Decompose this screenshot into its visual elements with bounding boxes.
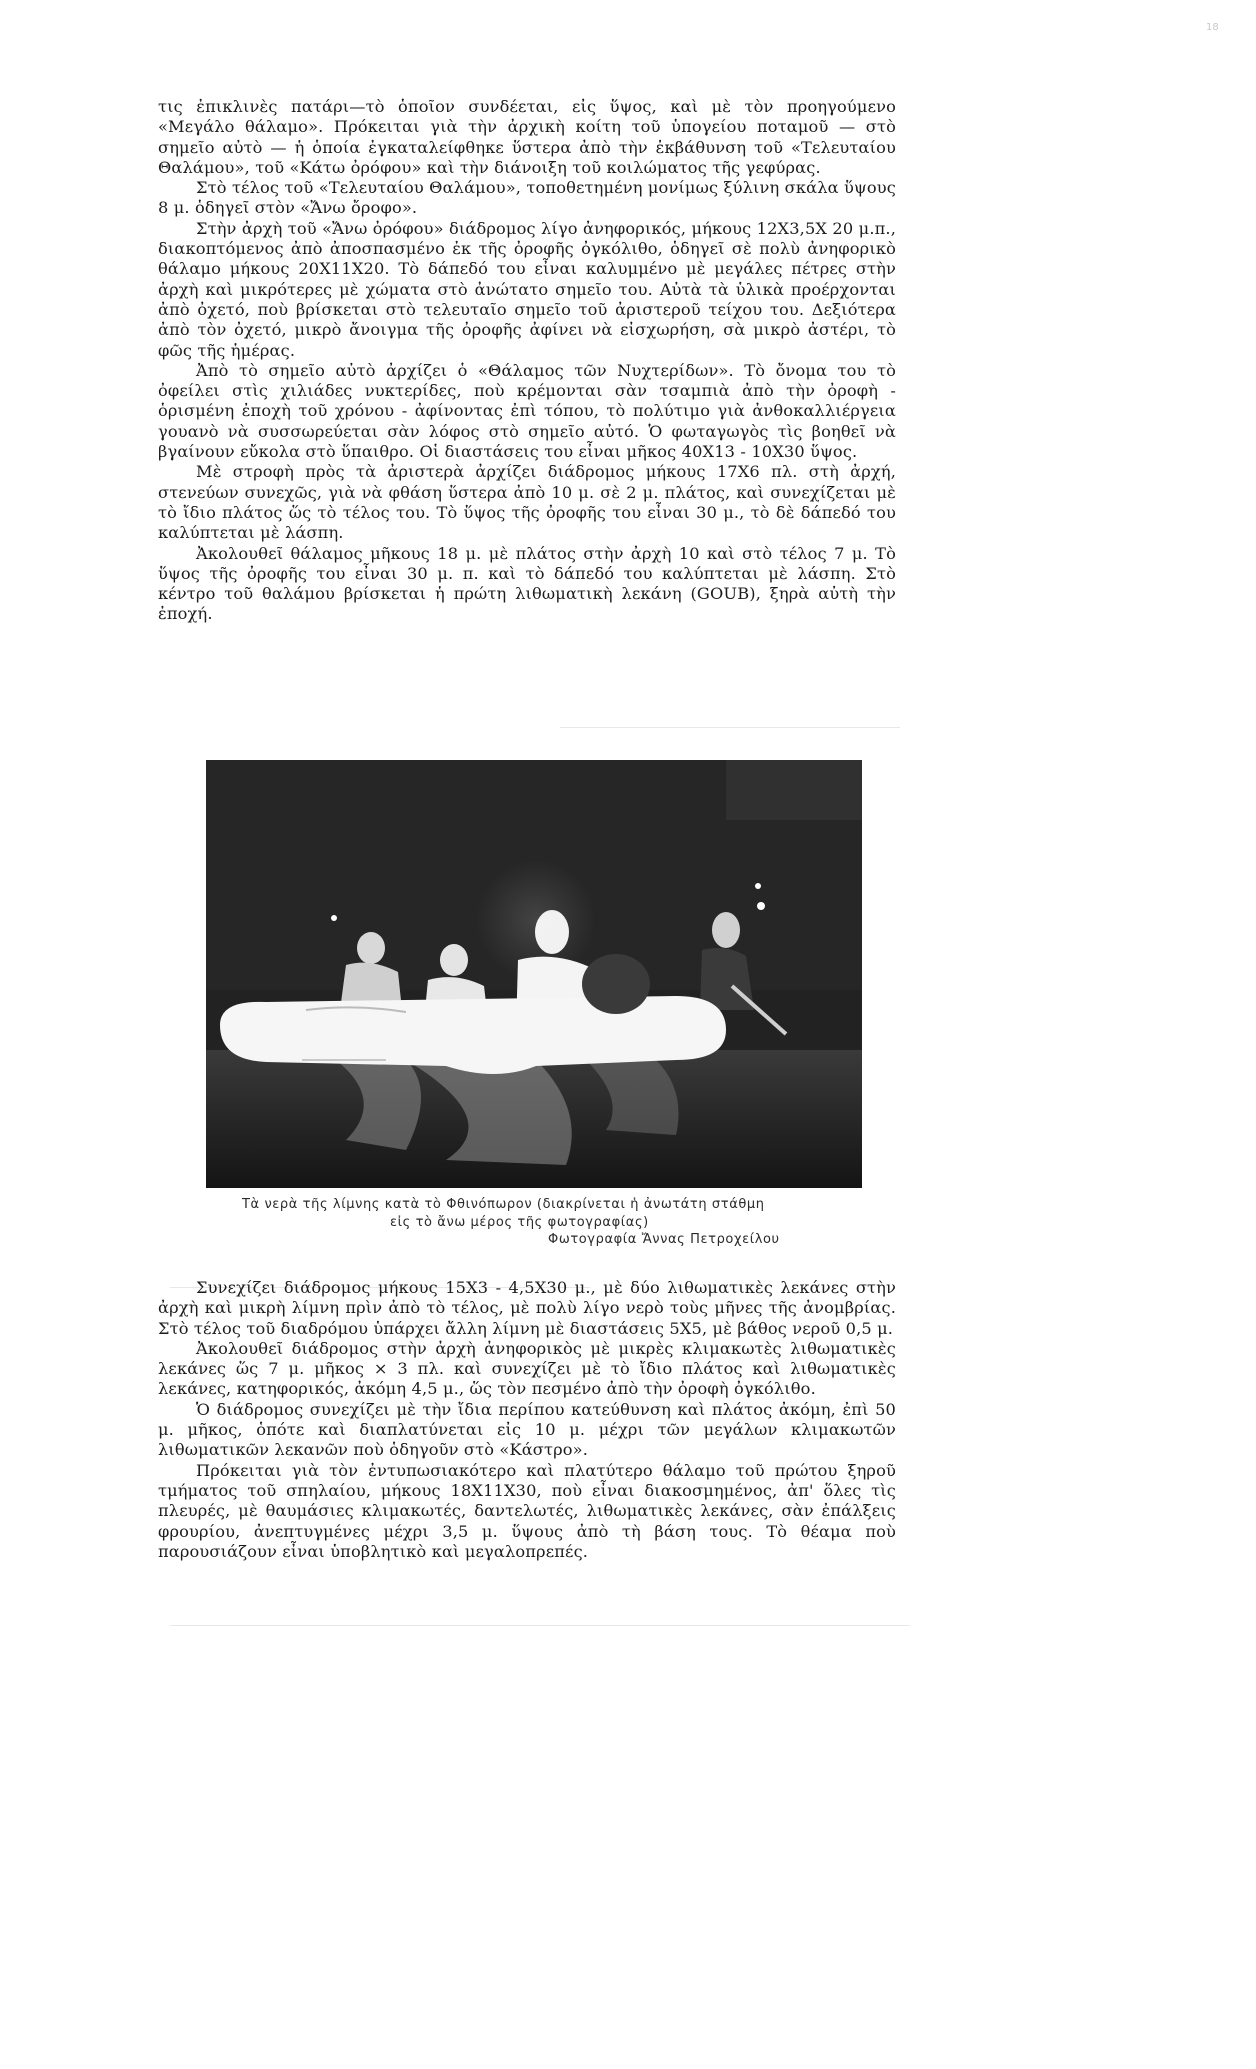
cave-lake-photo xyxy=(206,760,862,1188)
caption-line-1: Τὰ νερὰ τῆς λίμνης κατὰ τὸ Φθινόπωρον (δ… xyxy=(230,1196,950,1214)
photo-illustration xyxy=(206,760,862,1188)
page-corner-mark: 18 xyxy=(1206,22,1220,34)
paragraph: Πρόκειται γιὰ τὸν ἐντυπωσιακότερο καὶ πλ… xyxy=(158,1461,896,1562)
caption-line-2: εἰς τὸ ἄνω μέρος τῆς φωτογραφίας) xyxy=(230,1214,950,1232)
paragraph: Στὸ τέλος τοῦ «Τελευταίου Θαλάμου», τοπο… xyxy=(158,178,896,219)
paragraph: Ἀκολουθεῖ διάδρομος στὴν ἀρχὴ ἀνηφορικὸς… xyxy=(158,1339,896,1400)
article-text-top: τις ἐπικλινὲς πατάρι—τὸ ὁποῖον συνδέεται… xyxy=(158,97,896,625)
paragraph: Ἀπὸ τὸ σημεῖο αὐτὸ ἀρχίζει ὁ «Θάλαμος τῶ… xyxy=(158,361,896,462)
paragraph: τις ἐπικλινὲς πατάρι—τὸ ὁποῖον συνδέεται… xyxy=(158,97,896,178)
paragraph: Συνεχίζει διάδρομος μήκους 15Χ3 - 4,5Χ30… xyxy=(158,1278,896,1339)
scan-artifact-line xyxy=(560,727,900,728)
paragraph: Στὴν ἀρχὴ τοῦ «Ἄνω ὀρόφου» διάδρομος λίγ… xyxy=(158,219,896,361)
paragraph: Ὁ διάδρομος συνεχίζει μὲ τὴν ἴδια περίπο… xyxy=(158,1400,896,1461)
paragraph: Μὲ στροφὴ πρὸς τὰ ἀριστερὰ ἀρχίζει διάδρ… xyxy=(158,462,896,543)
scan-artifact-line xyxy=(170,1625,910,1626)
photo-caption: Τὰ νερὰ τῆς λίμνης κατὰ τὸ Φθινόπωρον (δ… xyxy=(230,1196,950,1249)
article-text-bottom: Συνεχίζει διάδρομος μήκους 15Χ3 - 4,5Χ30… xyxy=(158,1278,896,1562)
photo-credit: Φωτογραφία Ἄννας Πετροχείλου xyxy=(230,1231,950,1249)
paragraph: Ἀκολουθεῖ θάλαμος μῆκους 18 μ. μὲ πλάτος… xyxy=(158,544,896,625)
